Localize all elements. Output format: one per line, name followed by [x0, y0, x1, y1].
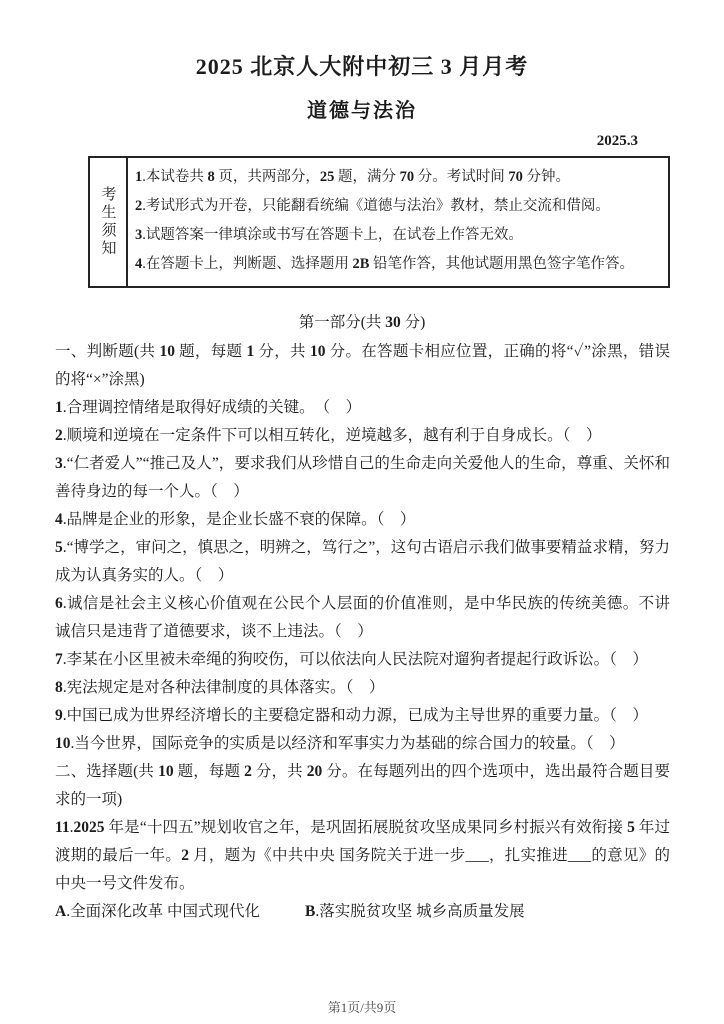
- choice-directive: 二、选择题(共 10 题，每题 2 分，共 20 分。在每题列出的四个选项中，选…: [55, 758, 670, 814]
- judgment-question: 2.顺境和逆境在一定条件下可以相互转化，逆境越多，越有利于自身成长。（ ）: [55, 422, 670, 450]
- q11-stem: 11.2025 年是“十四五”规划收官之年，是巩固拓展脱贫攻坚成果同乡村振兴有效…: [55, 814, 670, 898]
- part-heading: 第一部分(共 30 分): [0, 310, 724, 332]
- judgment-question: 1.合理调控情绪是取得好成绩的关键。 （ ）: [55, 394, 670, 422]
- exam-title: 2025 北京人大附中初三 3 月月考: [0, 50, 724, 81]
- page-number: 第1页/共9页: [0, 997, 724, 1016]
- notice-item: 2.考试形式为开卷，只能翻看统编《道德与法治》教材，禁止交流和借阅。: [135, 192, 660, 221]
- judgment-question: 3.“仁者爱人”“推己及人”，要求我们从珍惜自己的生命走向关爱他人的生命，尊重、…: [55, 450, 670, 506]
- exam-page: 2025 北京人大附中初三 3 月月考 道德与法治 2025.3 考生须知 1.…: [0, 0, 724, 1024]
- notice-box: 考生须知 1.本试卷共 8 页，共两部分，25 题，满分 70 分。考试时间 7…: [88, 156, 670, 288]
- judgment-question: 9.中国已成为世界经济增长的主要稳定器和动力源，已成为主导世界的重要力量。（ ）: [55, 702, 670, 730]
- judgment-question: 4.品牌是企业的形象，是企业长盛不衰的保障。（ ）: [55, 506, 670, 534]
- notice-item: 4.在答题卡上，判断题、选择题用 2B 铅笔作答，其他试题用黑色签字笔作答。: [135, 250, 660, 279]
- exam-subject: 道德与法治: [0, 94, 724, 123]
- choice-option-a: A.全面深化改革 中国式现代化: [55, 898, 305, 926]
- judgment-question: 5.“博学之，审问之，慎思之，明辨之，笃行之”，这句古语启示我们做事要精益求精，…: [55, 534, 670, 590]
- judgment-question: 8.宪法规定是对各种法律制度的具体落实。（ ）: [55, 674, 670, 702]
- judgment-question: 10.当今世界，国际竞争的实质是以经济和军事实力为基础的综合国力的较量。（ ）: [55, 730, 670, 758]
- notice-label: 考生须知: [90, 158, 128, 286]
- judgment-question: 7.李某在小区里被未牵绳的狗咬伤，可以依法向人民法院对遛狗者提起行政诉讼。（ ）: [55, 646, 670, 674]
- judgment-directive: 一、判断题(共 10 题，每题 1 分，共 10 分。在答题卡相应位置，正确的将…: [55, 338, 670, 394]
- exam-date: 2025.3: [0, 133, 638, 150]
- question-area: 一、判断题(共 10 题，每题 1 分，共 10 分。在答题卡相应位置，正确的将…: [55, 338, 670, 926]
- notice-items: 1.本试卷共 8 页，共两部分，25 题，满分 70 分。考试时间 70 分钟。…: [128, 158, 668, 286]
- judgment-question: 6.诚信是社会主义核心价值观在公民个人层面的价值准则，是中华民族的传统美德。不讲…: [55, 590, 670, 646]
- notice-item: 3.试题答案一律填涂或书写在答题卡上，在试卷上作答无效。: [135, 221, 660, 250]
- judgment-questions: 1.合理调控情绪是取得好成绩的关键。 （ ）2.顺境和逆境在一定条件下可以相互转…: [55, 394, 670, 758]
- notice-item: 1.本试卷共 8 页，共两部分，25 题，满分 70 分。考试时间 70 分钟。: [135, 163, 660, 192]
- q11-options: A.全面深化改革 中国式现代化B.落实脱贫攻坚 城乡高质量发展: [55, 898, 670, 926]
- choice-option-b: B.落实脱贫攻坚 城乡高质量发展: [305, 898, 525, 926]
